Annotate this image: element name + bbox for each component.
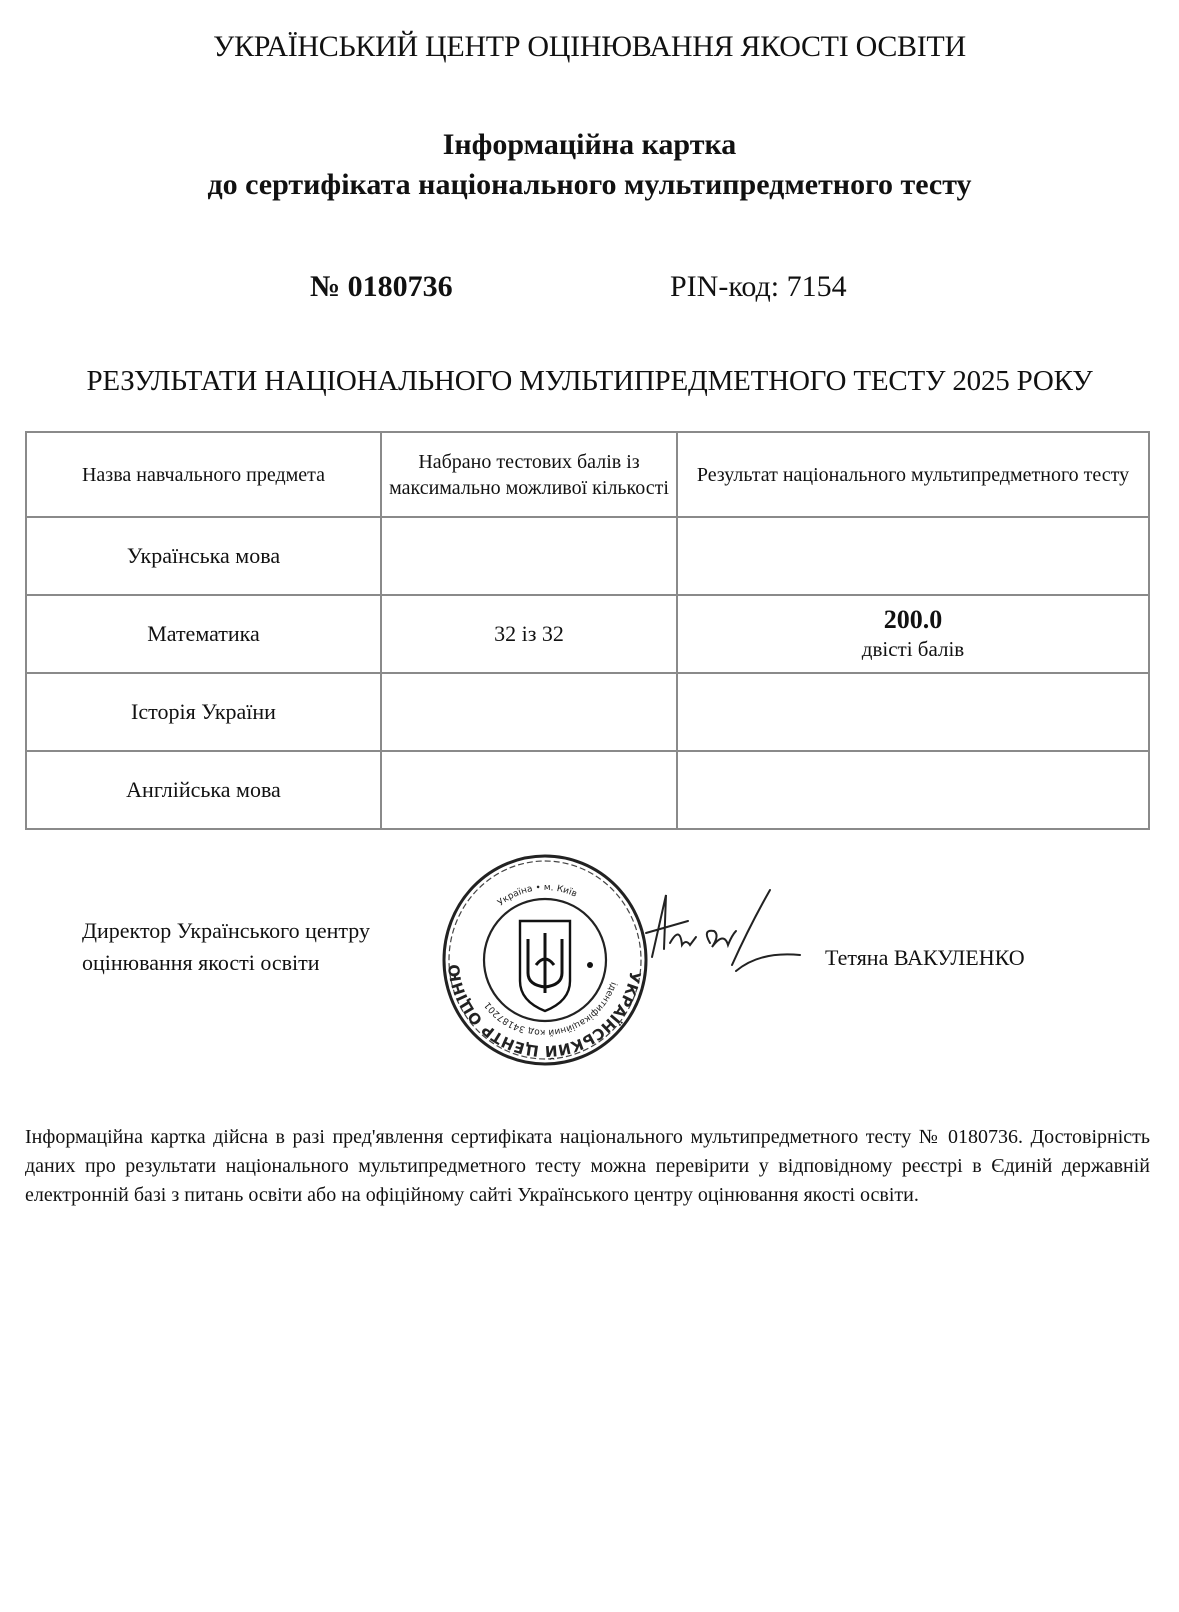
points-cell: 32 із 32 xyxy=(381,595,677,673)
organization-name: УКРАЇНСЬКИЙ ЦЕНТР ОЦІНЮВАННЯ ЯКОСТІ ОСВІ… xyxy=(0,30,1179,64)
score-words: двісті балів xyxy=(679,635,1147,663)
official-stamp-icon: УКРАЇНСЬКИЙ ЦЕНТР ОЦІНЮВАННЯ ЯКОСТІ ОСВІ… xyxy=(440,853,650,1068)
director-title-line2: оцінювання якості освіти xyxy=(82,947,370,979)
points-cell xyxy=(381,517,677,595)
director-title-line1: Директор Українського центру xyxy=(82,915,370,947)
svg-text:Україна • м. Київ: Україна • м. Київ xyxy=(496,883,578,908)
certificate-number: № 0180736 xyxy=(310,270,453,304)
table-row: Англійська мова xyxy=(26,751,1149,829)
table-row: Українська мова xyxy=(26,517,1149,595)
subject-cell: Математика xyxy=(26,595,381,673)
signature-icon xyxy=(640,885,860,995)
director-name: Тетяна ВАКУЛЕНКО xyxy=(825,945,1025,971)
subject-cell: Українська мова xyxy=(26,517,381,595)
results-title: РЕЗУЛЬТАТИ НАЦІОНАЛЬНОГО МУЛЬТИПРЕДМЕТНО… xyxy=(0,365,1179,398)
table-row: Історія України xyxy=(26,673,1149,751)
result-cell xyxy=(677,751,1149,829)
document-title: Інформаційна картка xyxy=(0,128,1179,162)
director-title: Директор Українського центру оцінювання … xyxy=(82,915,370,979)
subject-cell: Історія України xyxy=(26,673,381,751)
column-header-result: Результат національного мультипредметног… xyxy=(677,432,1149,517)
result-cell xyxy=(677,517,1149,595)
result-cell: 200.0 двісті балів xyxy=(677,595,1149,673)
column-header-subject: Назва навчального предмета xyxy=(26,432,381,517)
document-subtitle: до сертифіката національного мультипредм… xyxy=(0,168,1179,202)
results-table: Назва навчального предмета Набрано тесто… xyxy=(25,431,1150,830)
points-cell xyxy=(381,673,677,751)
footer-note: Інформаційна картка дійсна в разі пред'я… xyxy=(25,1123,1150,1210)
footer-note-text: Інформаційна картка дійсна в разі пред'я… xyxy=(25,1123,1150,1210)
pin-code: PIN-код: 7154 xyxy=(670,270,847,304)
score-value: 200.0 xyxy=(679,605,1147,635)
table-row: Математика 32 із 32 200.0 двісті балів xyxy=(26,595,1149,673)
subject-cell: Англійська мова xyxy=(26,751,381,829)
points-cell xyxy=(381,751,677,829)
result-cell xyxy=(677,673,1149,751)
table-header-row: Назва навчального предмета Набрано тесто… xyxy=(26,432,1149,517)
column-header-points: Набрано тестових балів із максимально мо… xyxy=(381,432,677,517)
